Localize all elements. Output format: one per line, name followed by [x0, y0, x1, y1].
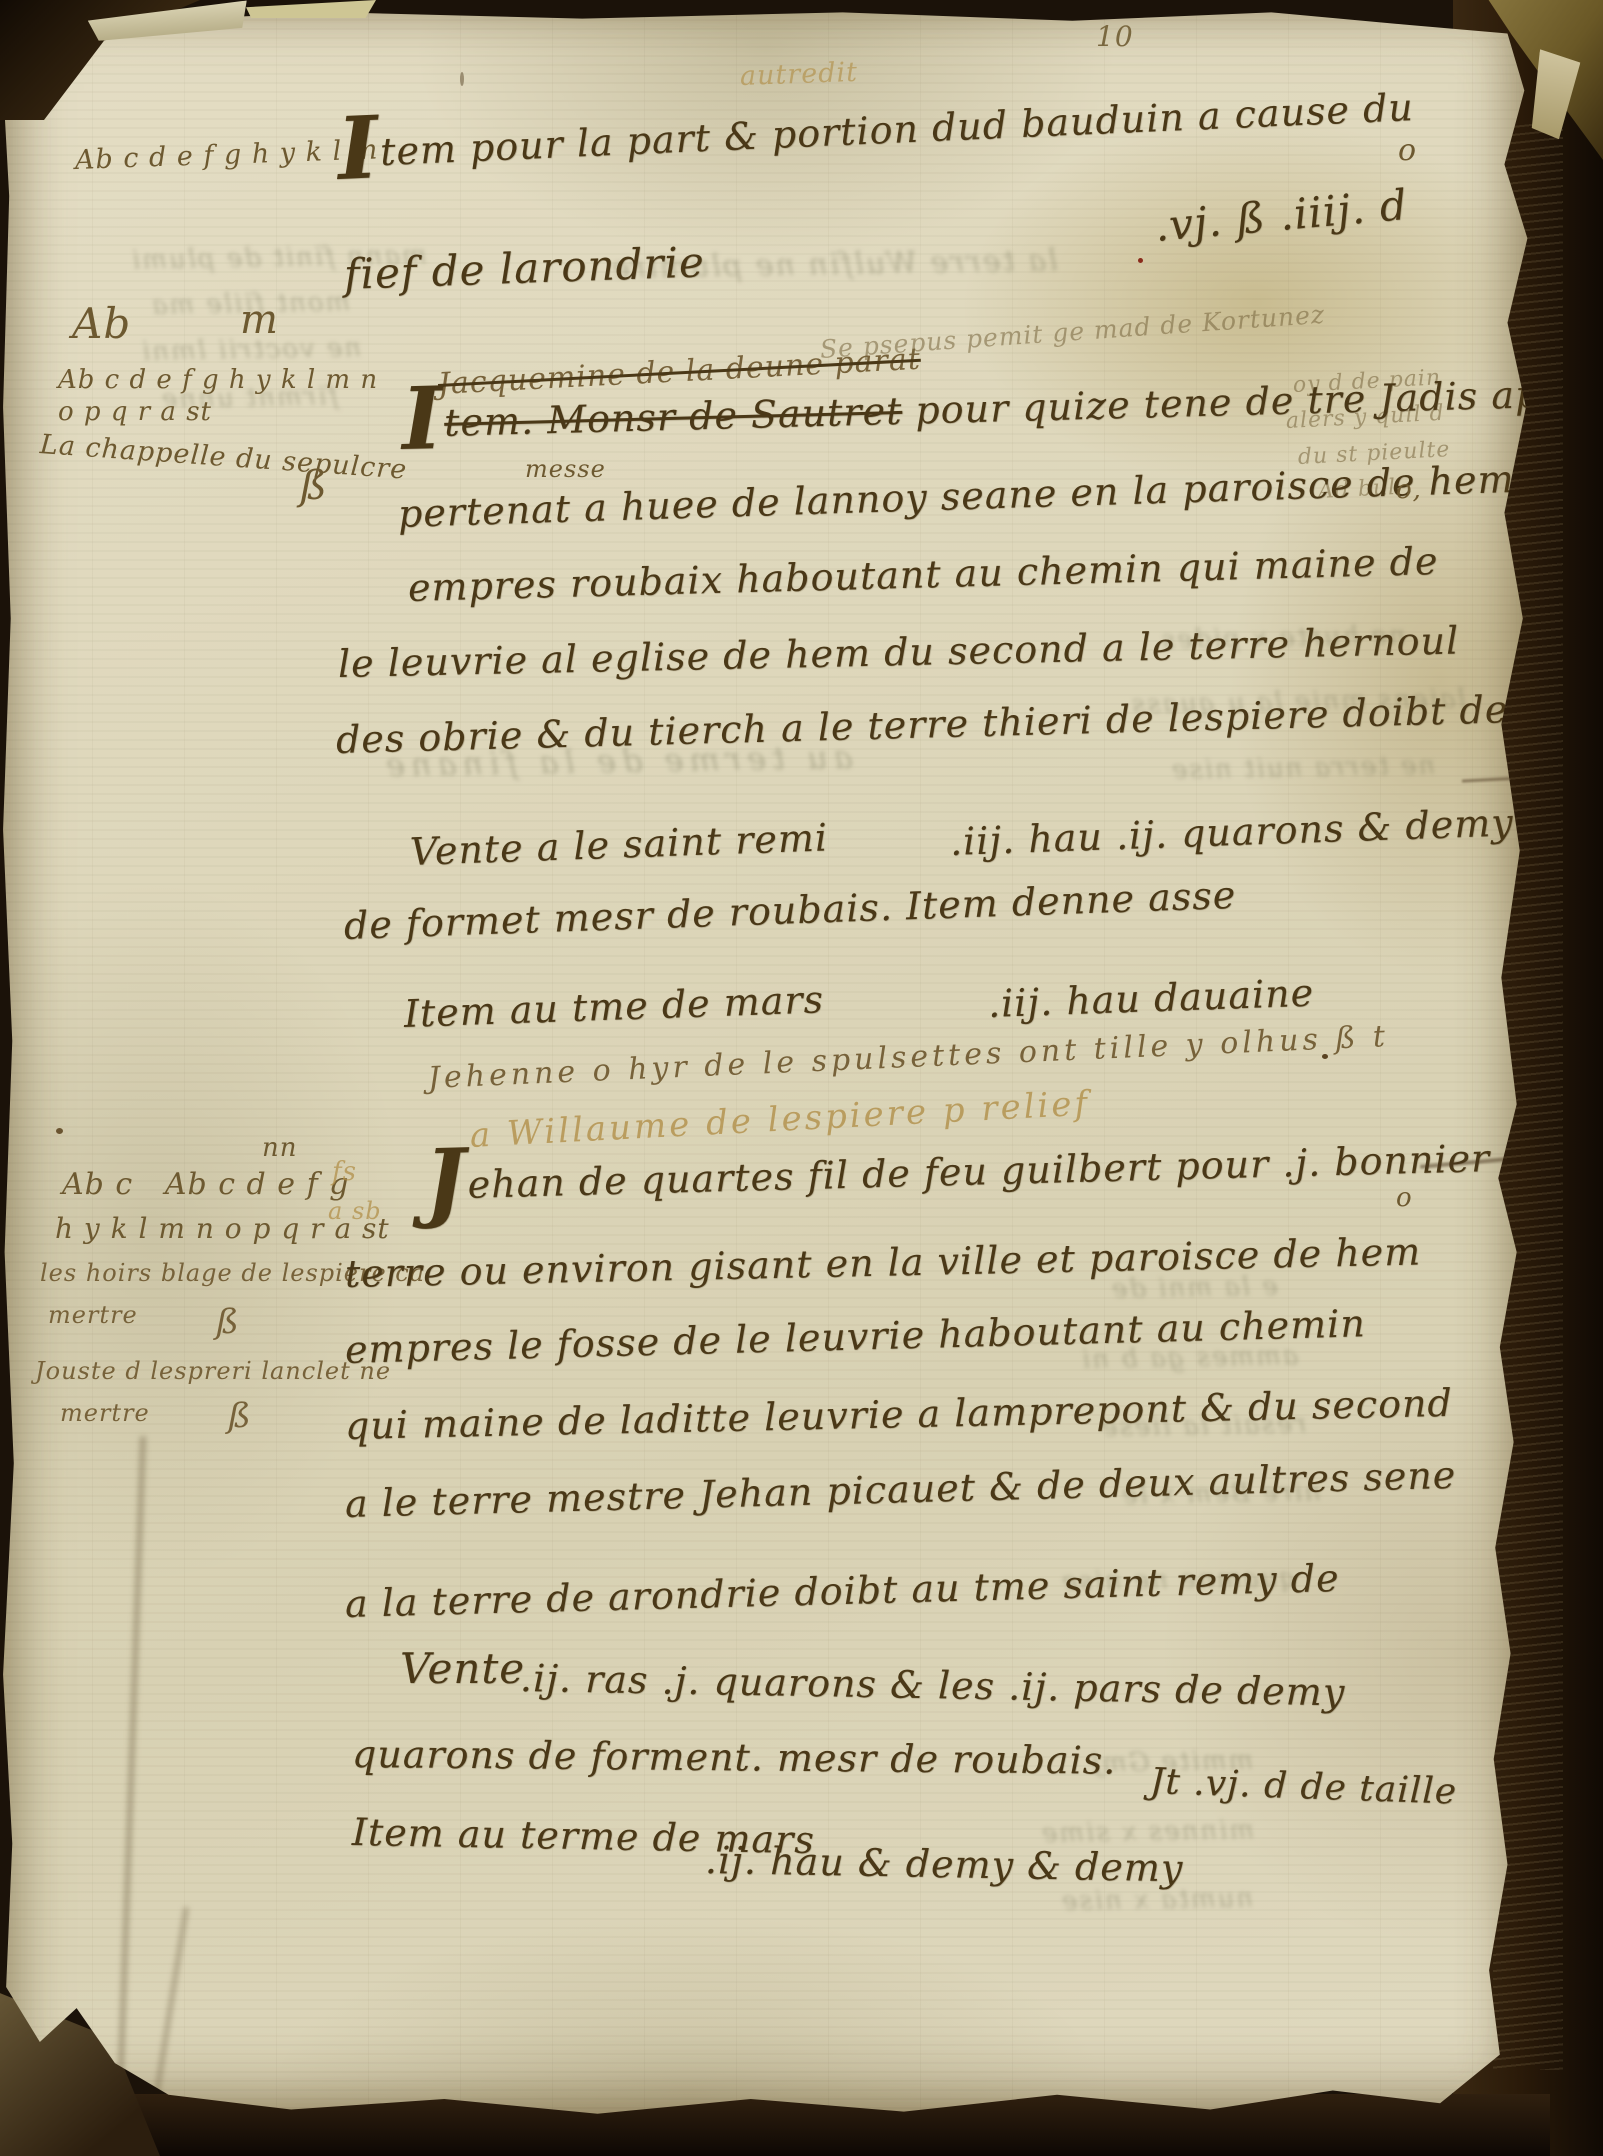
entry2-margin-m: m [240, 298, 279, 342]
entry2-check-mark: o, [1396, 476, 1422, 505]
entry3-line8: quarons de forment. mesr de roubais. [352, 1734, 1117, 1782]
entry3-margin-flourish1: ß [216, 1304, 240, 1341]
entry3-margin-note2: Jouste d lespreri lanclet ne [35, 1358, 391, 1384]
entry3-line7: Vente [400, 1646, 525, 1692]
entry2-margin-ab: Ab [72, 301, 131, 347]
entry3-margin-note1b: mertre [48, 1302, 138, 1328]
entry1-initial: I [336, 97, 381, 200]
entry2-initial: I [401, 368, 444, 470]
entry1-check-mark: o [1398, 134, 1417, 167]
entry3-initial: J [424, 1130, 467, 1232]
foxing-speck [1138, 258, 1143, 263]
entry3-margin-gold1: fs [332, 1158, 357, 1187]
entry3-margin-flourish2: ß [228, 1398, 252, 1435]
manuscript-photo: mann finit de plumi mont fiile ma ne voc… [0, 0, 1603, 2156]
bleedthrough-text: ne terra nuit nise [1170, 752, 1436, 785]
under-page-sliver [246, 0, 376, 18]
entry3-margin-gold2: a sb [328, 1198, 382, 1224]
entry3-line9-amount: .ij. hau & demy & demy [705, 1840, 1184, 1890]
entry3-margin-alphabet1: Ab c Ab c d e f g [62, 1168, 349, 1201]
entry2-margin-alphabet1: Ab c d e f g h y k l m n [58, 366, 378, 395]
manuscript-page: mann finit de plumi mont fiile ma ne voc… [0, 6, 1532, 2118]
foxing-speck [56, 1128, 63, 1134]
folio-number: 10 [1096, 22, 1134, 53]
entry2-interline-messe: messe [525, 456, 606, 482]
entry3-margin-sup: nn [262, 1134, 298, 1163]
entry2-margin-alphabet2: o p q r a st [58, 398, 212, 427]
entry3-check-mark: o [1396, 1184, 1413, 1213]
foxing-speck [1322, 1054, 1328, 1059]
foxing-speck [460, 72, 464, 86]
entry3-margin-note2b: mertre [60, 1400, 150, 1426]
faded-header-note: autredit [739, 58, 858, 92]
entry2-margin-flourish: ß [300, 464, 328, 508]
